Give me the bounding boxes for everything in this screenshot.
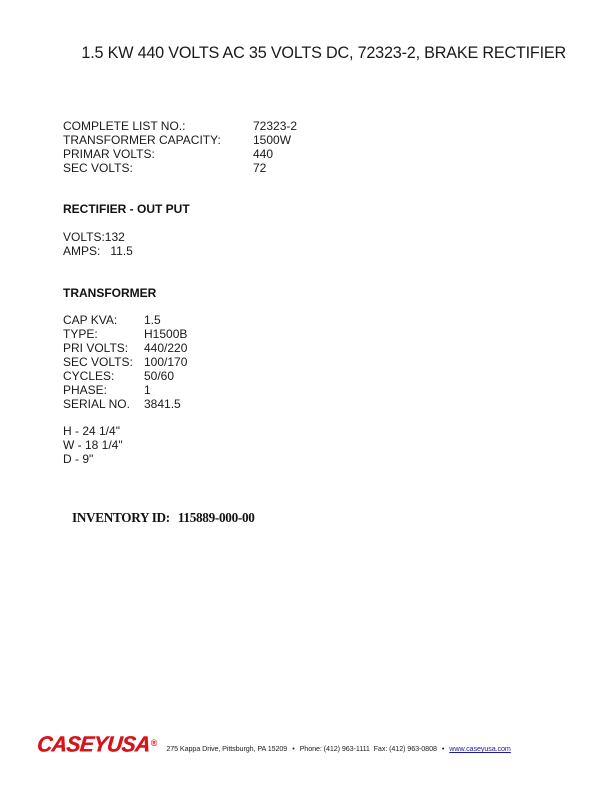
rectifier-amps-value: 11.5 (110, 244, 132, 258)
transformer-specs: CAP KVA: 1.5 TYPE: H1500B PRI VOLTS: 440… (63, 313, 187, 411)
spec-row: CAP KVA: 1.5 (63, 313, 187, 327)
spec-value: 3841.5 (144, 397, 181, 411)
rectifier-heading: RECTIFIER - OUT PUT (63, 202, 190, 216)
spec-label: SERIAL NO. (63, 397, 144, 411)
summary-row: PRIMAR VOLTS: 440 (63, 147, 297, 161)
spec-label: CYCLES: (63, 369, 144, 383)
spec-row: PHASE: 1 (63, 383, 187, 397)
summary-label: TRANSFORMER CAPACITY: (63, 133, 253, 147)
bullet-separator: • (442, 744, 444, 753)
summary-table: COMPLETE LIST NO.: 72323-2 TRANSFORMER C… (63, 119, 297, 175)
bullet-separator: • (292, 744, 294, 753)
rectifier-output: VOLTS: 132 AMPS: 11.5 (63, 230, 133, 258)
spec-value: 440/220 (144, 341, 187, 355)
spec-value: 1.5 (144, 313, 161, 327)
summary-row: TRANSFORMER CAPACITY: 1500W (63, 133, 297, 147)
dimension-height: H - 24 1/4" (63, 424, 123, 438)
spec-label: TYPE: (63, 327, 144, 341)
caseyusa-logo: CASEYUSA (36, 733, 151, 756)
spec-row: SEC VOLTS: 100/170 (63, 355, 187, 369)
spec-value: 1 (144, 383, 151, 397)
summary-label: COMPLETE LIST NO.: (63, 119, 253, 133)
spec-value: H1500B (144, 327, 187, 341)
footer-phone: Phone: (412) 963-1111 (300, 744, 370, 753)
transformer-heading: TRANSFORMER (63, 286, 156, 300)
spec-value: 50/60 (144, 369, 174, 383)
spec-row: TYPE: H1500B (63, 327, 187, 341)
spec-value: 100/170 (144, 355, 187, 369)
footer: CASEYUSA® 275 Kappa Drive, Pittsburgh, P… (37, 734, 511, 756)
rectifier-volts-row: VOLTS: 132 (63, 230, 133, 244)
registered-mark: ® (151, 738, 158, 748)
summary-row: COMPLETE LIST NO.: 72323-2 (63, 119, 297, 133)
website-link[interactable]: www.caseyusa.com (449, 744, 511, 753)
summary-value: 440 (253, 147, 273, 161)
document-title: 1.5 KW 440 VOLTS AC 35 VOLTS DC, 72323-2… (0, 44, 612, 63)
spec-row: CYCLES: 50/60 (63, 369, 187, 383)
spec-label: SEC VOLTS: (63, 355, 144, 369)
spec-label: PRI VOLTS: (63, 341, 144, 355)
dimension-width: W - 18 1/4" (63, 438, 123, 452)
inventory-id: INVENTORY ID:115889-000-00 (72, 510, 255, 526)
footer-address: 275 Kappa Drive, Pittsburgh, PA 15209 (166, 744, 287, 753)
summary-value: 72323-2 (253, 119, 297, 133)
rectifier-volts-label: VOLTS: (63, 230, 105, 244)
summary-label: SEC VOLTS: (63, 161, 253, 175)
summary-label: PRIMAR VOLTS: (63, 147, 253, 161)
rectifier-amps-label: AMPS: (63, 244, 100, 258)
footer-contact: 275 Kappa Drive, Pittsburgh, PA 15209•Ph… (166, 744, 510, 756)
dimensions: H - 24 1/4" W - 18 1/4" D - 9" (63, 424, 123, 466)
summary-row: SEC VOLTS: 72 (63, 161, 297, 175)
inventory-label: INVENTORY ID: (72, 510, 170, 525)
footer-fax: Fax: (412) 963-0808 (374, 744, 437, 753)
dimension-depth: D - 9" (63, 452, 123, 466)
summary-value: 1500W (253, 133, 291, 147)
rectifier-volts-value: 132 (105, 230, 125, 244)
spec-label: CAP KVA: (63, 313, 144, 327)
spec-label: PHASE: (63, 383, 144, 397)
spec-row: PRI VOLTS: 440/220 (63, 341, 187, 355)
summary-value: 72 (253, 161, 266, 175)
spec-row: SERIAL NO. 3841.5 (63, 397, 187, 411)
rectifier-amps-row: AMPS: 11.5 (63, 244, 133, 258)
inventory-value: 115889-000-00 (178, 510, 255, 525)
